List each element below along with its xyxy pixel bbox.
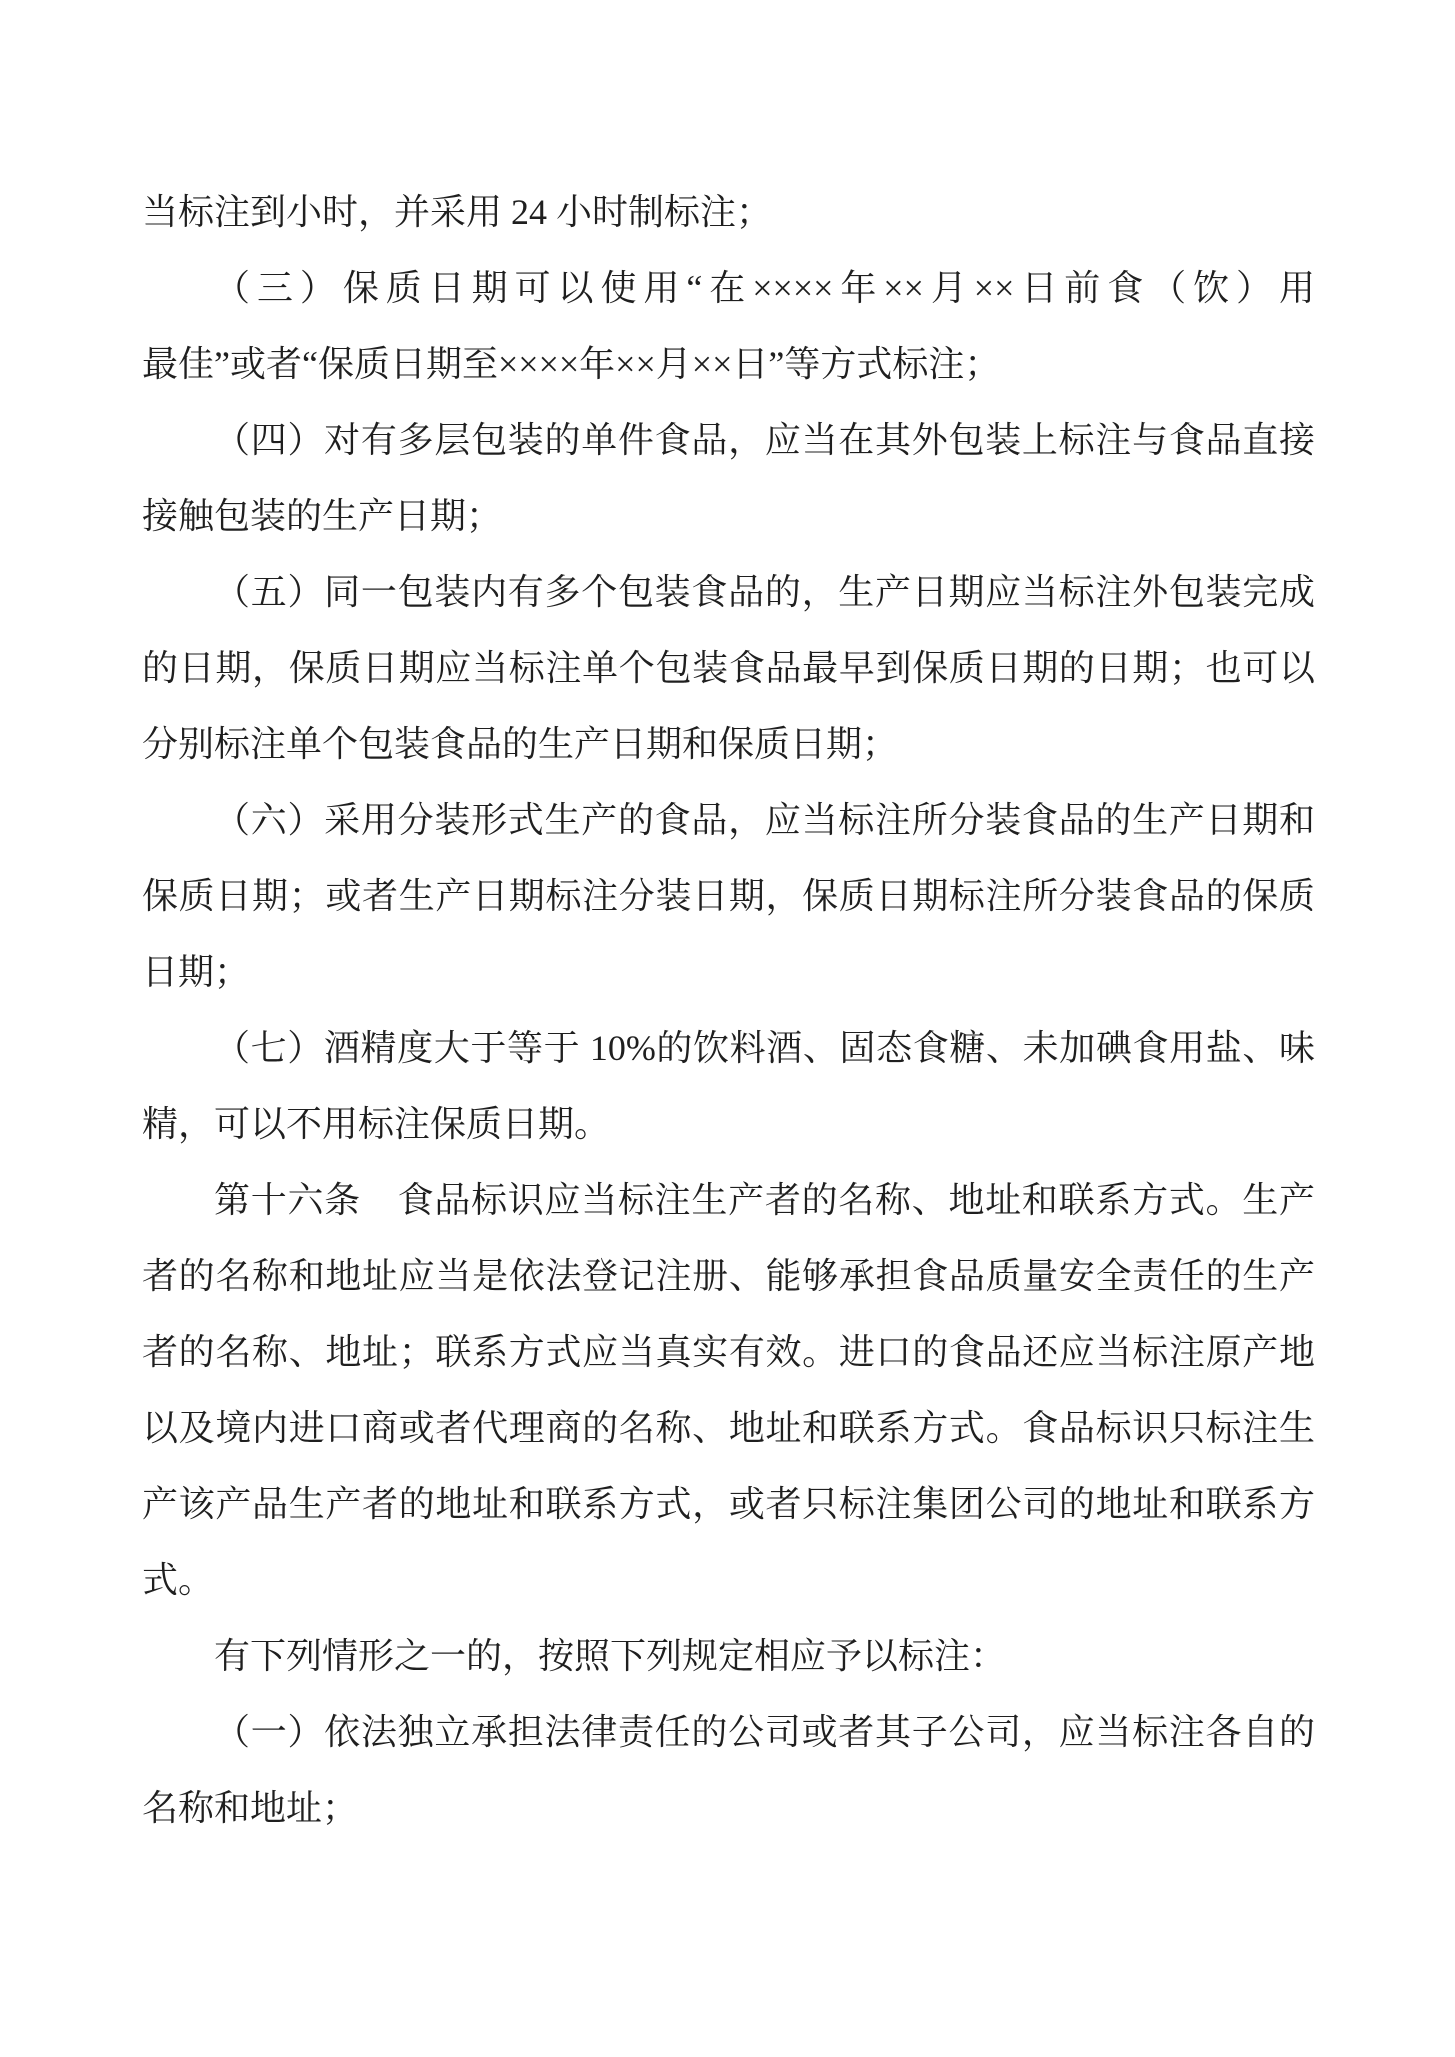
text-line: 产该产品生产者的地址和联系方式，或者只标注集团公司的地址和联系方 bbox=[142, 1466, 1315, 1542]
text-line: 名称和地址； bbox=[142, 1770, 1315, 1846]
text-line: （三）保质日期可以使用“在××××年××月××日前食（饮）用 bbox=[142, 250, 1315, 326]
text-line: 接触包装的生产日期； bbox=[142, 478, 1315, 554]
text-line: 保质日期；或者生产日期标注分装日期，保质日期标注所分装食品的保质 bbox=[142, 858, 1315, 934]
text-line: 式。 bbox=[142, 1542, 1315, 1618]
text-line: 精，可以不用标注保质日期。 bbox=[142, 1086, 1315, 1162]
text-line: 以及境内进口商或者代理商的名称、地址和联系方式。食品标识只标注生 bbox=[142, 1390, 1315, 1466]
text-line: （五）同一包装内有多个包装食品的，生产日期应当标注外包装完成 bbox=[142, 554, 1315, 630]
text-line: 最佳”或者“保质日期至××××年××月××日”等方式标注； bbox=[142, 326, 1315, 402]
text-line: 的日期，保质日期应当标注单个包装食品最早到保质日期的日期；也可以 bbox=[142, 630, 1315, 706]
text-line: 有下列情形之一的，按照下列规定相应予以标注： bbox=[142, 1618, 1315, 1694]
text-line: 分别标注单个包装食品的生产日期和保质日期； bbox=[142, 706, 1315, 782]
text-line: （六）采用分装形式生产的食品，应当标注所分装食品的生产日期和 bbox=[142, 782, 1315, 858]
document-page: 当标注到小时，并采用 24 小时制标注； （三）保质日期可以使用“在××××年×… bbox=[0, 0, 1455, 2057]
text-line: 当标注到小时，并采用 24 小时制标注； bbox=[142, 174, 1315, 250]
text-line: 者的名称和地址应当是依法登记注册、能够承担食品质量安全责任的生产 bbox=[142, 1238, 1315, 1314]
text-line: 日期； bbox=[142, 934, 1315, 1010]
text-line: （四）对有多层包装的单件食品，应当在其外包装上标注与食品直接 bbox=[142, 402, 1315, 478]
text-line: （一）依法独立承担法律责任的公司或者其子公司，应当标注各自的 bbox=[142, 1694, 1315, 1770]
text-line: （七）酒精度大于等于 10%的饮料酒、固态食糖、未加碘食用盐、味 bbox=[142, 1010, 1315, 1086]
text-line: 第十六条 食品标识应当标注生产者的名称、地址和联系方式。生产 bbox=[142, 1162, 1315, 1238]
text-line: 者的名称、地址；联系方式应当真实有效。进口的食品还应当标注原产地 bbox=[142, 1314, 1315, 1390]
